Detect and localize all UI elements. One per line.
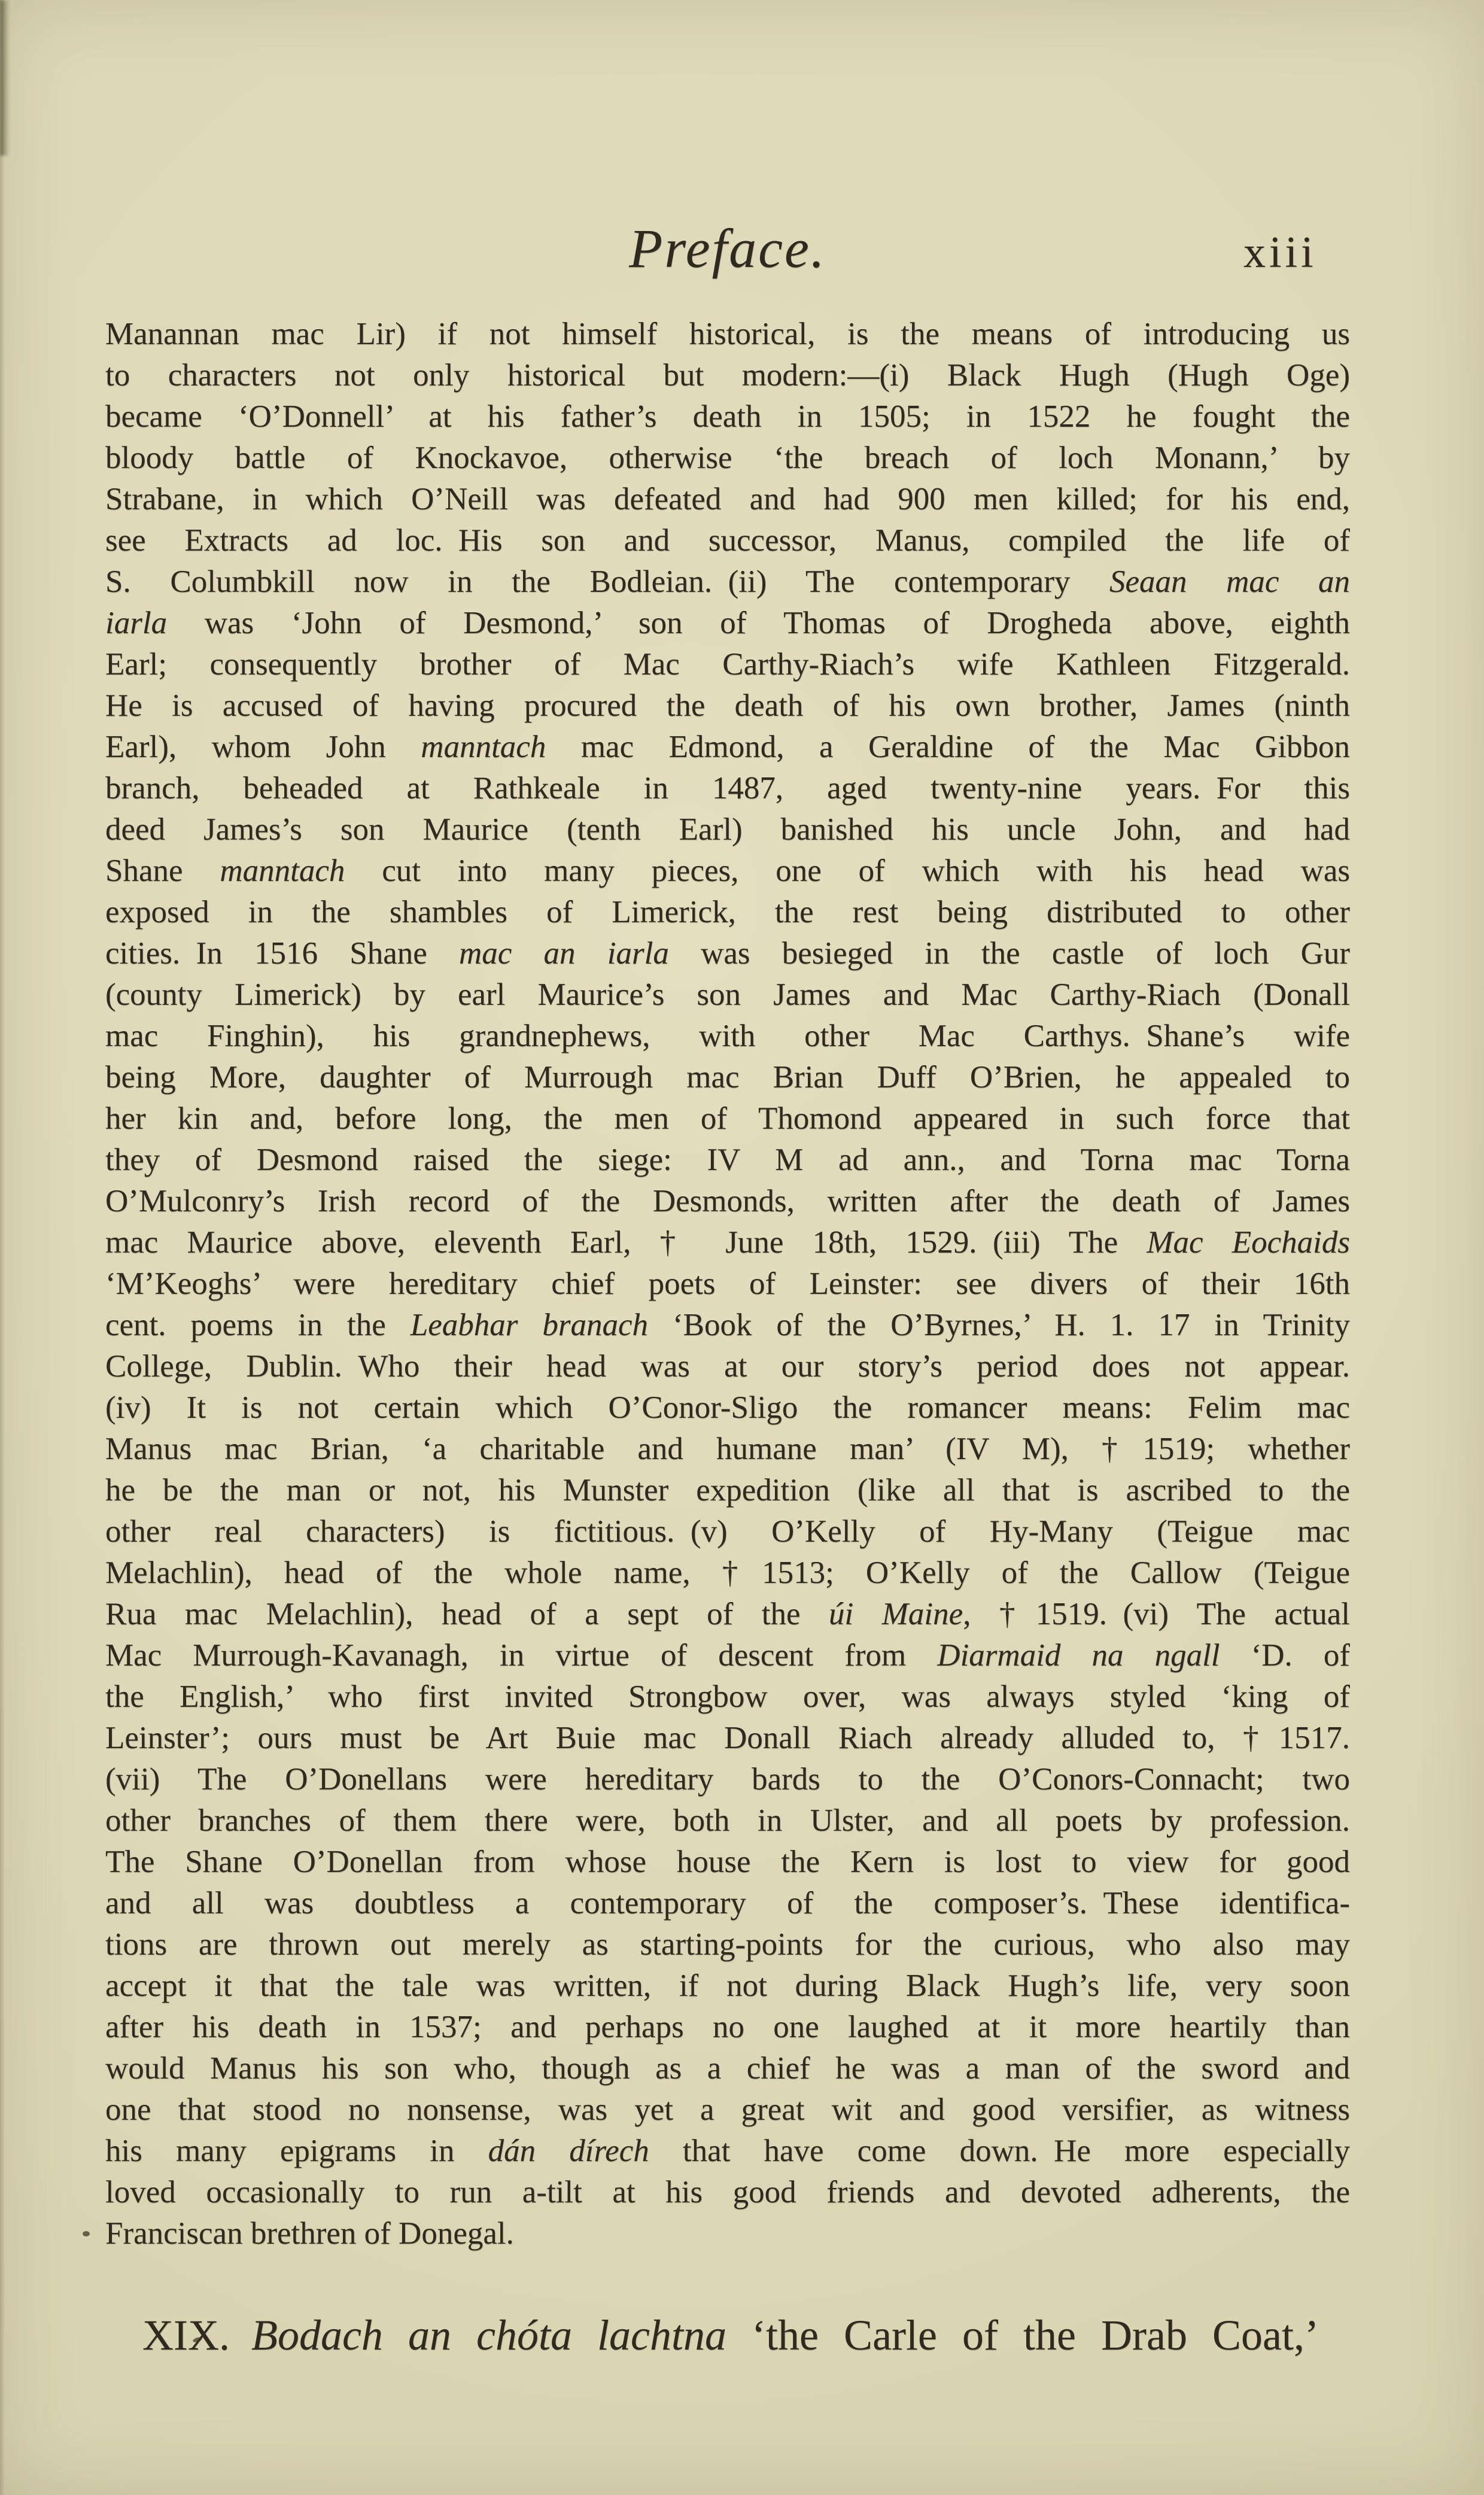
text-run: accept it that the tale was written, if … <box>105 1968 1350 2003</box>
running-head: Preface. <box>105 215 1350 281</box>
text-run: XIX. <box>142 2311 251 2359</box>
text-run: Mac Murrough-Kavanagh, in virtue of desc… <box>105 1638 937 1673</box>
text-line: accept it that the tale was written, if … <box>105 1965 1350 2007</box>
text-run: his many epigrams in <box>105 2134 488 2168</box>
preface-paragraph: Manannan mac Lir) if not himself histori… <box>105 314 1350 2254</box>
text-run: cent. poems in the <box>105 1308 410 1342</box>
text-run: ‘D. of <box>1220 1638 1350 1673</box>
text-run: cut into many pieces, one of which with … <box>345 853 1350 888</box>
text-line: cent. poems in the Leabhar branach ‘Book… <box>105 1305 1350 1346</box>
text-run: Manus mac Brian, ‘a charitable and human… <box>105 1432 1350 1466</box>
text-line: and all was doubtless a contemporary of … <box>105 1883 1350 1924</box>
text-line: the English,’ who first invited Strongbo… <box>105 1676 1350 1718</box>
text-line: deed James’s son Maurice (tenth Earl) ba… <box>105 809 1350 850</box>
text-run: (county Limerick) by earl Maurice’s son … <box>105 977 1350 1012</box>
text-line: Franciscan brethren of Donegal. <box>105 2213 1350 2254</box>
text-run: (vii) The O’Donellans were hereditary ba… <box>105 1762 1350 1797</box>
text-line: Shane manntach cut into many pieces, one… <box>105 850 1350 892</box>
text-run: branch, beheaded at Rathkeale in 1487, a… <box>105 771 1350 806</box>
text-run: He is accused of having procured the dea… <box>105 688 1350 723</box>
text-run: ‘Book of the O’Byrnes,’ H. 1. 17 in Trin… <box>648 1308 1350 1342</box>
text-line: Strabane, in which O’Neill was defeated … <box>105 479 1350 520</box>
page-edge-shadow-soft <box>0 0 5 2495</box>
text-line: Melachlin), head of the whole name, †151… <box>105 1552 1350 1594</box>
text-run: to characters not only historical but mo… <box>105 358 1350 393</box>
text-line: (vii) The O’Donellans were hereditary ba… <box>105 1759 1350 1800</box>
text-run: ‘M’Keoghs’ were hereditary chief poets o… <box>105 1266 1350 1301</box>
text-line: (county Limerick) by earl Maurice’s son … <box>105 974 1350 1016</box>
italic-phrase: úi Maine <box>829 1597 963 1631</box>
italic-phrase: manntach <box>421 730 546 764</box>
text-line: Rua mac Melachlin), head of a sept of th… <box>105 1594 1350 1635</box>
text-line: he be the man or not, his Munster expedi… <box>105 1470 1350 1511</box>
text-line: Manannan mac Lir) if not himself histori… <box>105 314 1350 355</box>
text-line: He is accused of having procured the dea… <box>105 685 1350 727</box>
italic-phrase: Diarmaid na ngall <box>937 1638 1220 1673</box>
text-line: tions are thrown out merely as starting-… <box>105 1924 1350 1965</box>
italic-phrase: mac an iarla <box>459 936 669 971</box>
text-line: S. Columbkill now in the Bodleian. (ii) … <box>105 561 1350 603</box>
text-line: mac Finghin), his grandnephews, with oth… <box>105 1016 1350 1057</box>
text-line: Mac Murrough-Kavanagh, in virtue of desc… <box>105 1635 1350 1676</box>
text-run: they of Desmond raised the siege: IV M a… <box>105 1142 1350 1177</box>
text-line: her kin and, before long, the men of Tho… <box>105 1098 1350 1139</box>
ink-speck <box>83 2231 90 2236</box>
italic-phrase: manntach <box>220 853 345 888</box>
text-run: S. Columbkill now in the Bodleian. (ii) … <box>105 564 1109 599</box>
text-line: see Extracts ad loc. His son and success… <box>105 520 1350 561</box>
text-run: Strabane, in which O’Neill was defeated … <box>105 482 1350 516</box>
italic-phrase: Leabhar branach <box>410 1308 648 1342</box>
text-line: (iv) It is not certain which O’Conor-Sli… <box>105 1387 1350 1429</box>
text-run: the English,’ who first invited Strongbo… <box>105 1679 1350 1714</box>
text-run: Earl), whom John <box>105 730 421 764</box>
text-run: being More, daughter of Murrough mac Bri… <box>105 1060 1350 1095</box>
text-run: Leinster’; ours must be Art Buie mac Don… <box>105 1721 1350 1755</box>
text-line: iarla was ‘John of Desmond,’ son of Thom… <box>105 603 1350 644</box>
text-run: he be the man or not, his Munster expedi… <box>105 1473 1350 1508</box>
text-run: was besieged in the castle of loch Gur <box>669 936 1350 971</box>
text-line: XIX. Bodach an chóta lachtna ‘the Carle … <box>105 2308 1319 2363</box>
text-run: deed James’s son Maurice (tenth Earl) ba… <box>105 812 1350 847</box>
text-run: College, Dublin. Who their head was at o… <box>105 1349 1350 1384</box>
text-run: Franciscan brethren of Donegal. <box>105 2216 514 2251</box>
section-heading: XIX. Bodach an chóta lachtna ‘the Carle … <box>105 2308 1319 2363</box>
text-run: became ‘O’Donnell’ at his father’s death… <box>105 399 1350 434</box>
text-line: became ‘O’Donnell’ at his father’s death… <box>105 396 1350 437</box>
text-line: loved occasionally to run a-tilt at his … <box>105 2172 1350 2213</box>
italic-phrase: iarla <box>105 606 167 640</box>
text-run: see Extracts ad loc. His son and success… <box>105 523 1350 558</box>
text-line: Leinster’; ours must be Art Buie mac Don… <box>105 1718 1350 1759</box>
text-line: after his death in 1537; and perhaps no … <box>105 2007 1350 2048</box>
text-line: Manus mac Brian, ‘a charitable and human… <box>105 1429 1350 1470</box>
page-number: xiii <box>1243 229 1317 276</box>
text-run: bloody battle of Knockavoe, otherwise ‘t… <box>105 440 1350 475</box>
text-run: Rua mac Melachlin), head of a sept of th… <box>105 1597 829 1631</box>
text-run: was ‘John of Desmond,’ son of Thomas of … <box>167 606 1350 640</box>
text-line: exposed in the shambles of Limerick, the… <box>105 892 1350 933</box>
text-run: loved occasionally to run a-tilt at his … <box>105 2175 1350 2210</box>
text-line: O’Mulconry’s Irish record of the Desmond… <box>105 1181 1350 1222</box>
text-run: other real characters) is fictitious. (v… <box>105 1514 1350 1549</box>
text-run: and all was doubtless a contemporary of … <box>105 1886 1350 1920</box>
text-line: being More, daughter of Murrough mac Bri… <box>105 1057 1350 1098</box>
text-run: that have come down. He more especially <box>649 2134 1350 2168</box>
text-run: tions are thrown out merely as starting-… <box>105 1927 1350 1962</box>
text-line: to characters not only historical but mo… <box>105 355 1350 396</box>
text-run: exposed in the shambles of Limerick, the… <box>105 895 1350 929</box>
text-line: ‘M’Keoghs’ were hereditary chief poets o… <box>105 1263 1350 1305</box>
text-line: branch, beheaded at Rathkeale in 1487, a… <box>105 768 1350 809</box>
page-title: Preface. <box>629 218 826 279</box>
italic-phrase: Bodach an chóta lachtna <box>251 2311 726 2359</box>
text-line: bloody battle of Knockavoe, otherwise ‘t… <box>105 437 1350 479</box>
text-run: cities. In 1516 Shane <box>105 936 459 971</box>
italic-phrase: Mac Eochaids <box>1147 1225 1350 1260</box>
italic-phrase: dán dírech <box>488 2134 649 2168</box>
text-line: Earl; consequently brother of Mac Carthy… <box>105 644 1350 685</box>
text-line: College, Dublin. Who their head was at o… <box>105 1346 1350 1387</box>
text-run: O’Mulconry’s Irish record of the Desmond… <box>105 1184 1350 1218</box>
text-run: her kin and, before long, the men of Tho… <box>105 1101 1350 1136</box>
text-line: they of Desmond raised the siege: IV M a… <box>105 1139 1350 1181</box>
text-line: would Manus his son who, though as a chi… <box>105 2048 1350 2089</box>
text-line: one that stood no nonsense, was yet a gr… <box>105 2089 1350 2131</box>
text-run: The Shane O’Donellan from whose house th… <box>105 1844 1350 1879</box>
text-line: mac Maurice above, eleventh Earl, † June… <box>105 1222 1350 1263</box>
text-run: after his death in 1537; and perhaps no … <box>105 2010 1350 2044</box>
text-run: Melachlin), head of the whole name, †151… <box>105 1555 1350 1590</box>
text-line: other real characters) is fictitious. (v… <box>105 1511 1350 1552</box>
text-run: one that stood no nonsense, was yet a gr… <box>105 2092 1350 2127</box>
text-run: mac Maurice above, eleventh Earl, † June… <box>105 1225 1147 1260</box>
italic-phrase: Seaan mac an <box>1109 564 1350 599</box>
text-line: cities. In 1516 Shane mac an iarla was b… <box>105 933 1350 974</box>
text-run: Earl; consequently brother of Mac Carthy… <box>105 647 1350 682</box>
text-line: Earl), whom John manntach mac Edmond, a … <box>105 727 1350 768</box>
text-line: other branches of them there were, both … <box>105 1800 1350 1841</box>
book-page: Preface. xiii Manannan mac Lir) if not h… <box>0 0 1484 2495</box>
text-run: Manannan mac Lir) if not himself histori… <box>105 317 1350 351</box>
text-run: mac Edmond, a Geraldine of the Mac Gibbo… <box>546 730 1350 764</box>
text-run: would Manus his son who, though as a chi… <box>105 2051 1350 2086</box>
text-run: , †1519. (vi) The actual <box>963 1597 1350 1631</box>
text-run: ‘the Carle of the Drab Coat,’ <box>726 2311 1319 2359</box>
text-run: other branches of them there were, both … <box>105 1803 1350 1838</box>
text-line: The Shane O’Donellan from whose house th… <box>105 1841 1350 1883</box>
text-run: Shane <box>105 853 220 888</box>
text-run: (iv) It is not certain which O’Conor-Sli… <box>105 1390 1350 1425</box>
text-line: his many epigrams in dán dírech that hav… <box>105 2131 1350 2172</box>
text-run: mac Finghin), his grandnephews, with oth… <box>105 1019 1350 1053</box>
